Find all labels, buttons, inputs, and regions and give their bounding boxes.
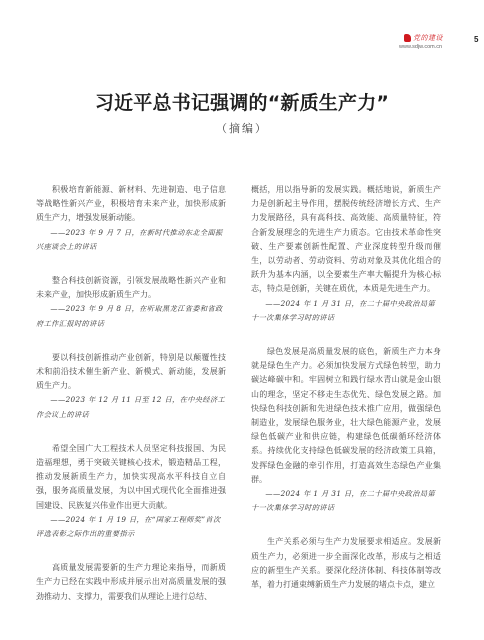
quote-text: 概括，用以指导新的发展实践。概括地说，新质生产力是创新起主导作用，摆脱传统经济增… bbox=[251, 183, 441, 297]
publication-logo: 党的建设 www.sdjw.com.cn bbox=[404, 33, 464, 55]
quote-text: 绿色发展是高质量发展的底色，新质生产力本身就是绿色生产力。必须加快发展方式绿色转… bbox=[251, 345, 441, 487]
quote-source: ——2023 年 9 月 7 日，在新时代推动东北全面振兴座谈会上的讲话 bbox=[36, 226, 226, 254]
quote-block: 高质量发展需要新的生产力理论来指导，而新质生产力已经在实践中形成并展示出对高质量… bbox=[36, 561, 226, 604]
quote-block: 绿色发展是高质量发展的底色，新质生产力本身就是绿色生产力。必须加快发展方式绿色转… bbox=[251, 345, 441, 515]
quote-source: ——2023 年 12 月 11 日至 12 日，在中央经济工作会议上的讲话 bbox=[36, 393, 226, 421]
quote-text: 高质量发展需要新的生产力理论来指导，而新质生产力已经在实践中形成并展示出对高质量… bbox=[36, 561, 226, 604]
quote-block: 要以科技创新推动产业创新，特别是以颠覆性技术和前沿技术催生新产业、新模式、新动能… bbox=[36, 351, 226, 422]
quote-text: 要以科技创新推动产业创新，特别是以颠覆性技术和前沿技术催生新产业、新模式、新动能… bbox=[36, 351, 226, 394]
quote-source: ——2023 年 9 月 8 日，在听取黑龙江省委和省政府工作汇报时的讲话 bbox=[36, 302, 226, 330]
quote-block: 积极培育新能源、新材料、先进制造、电子信息等战略性新兴产业，积极培育未来产业，加… bbox=[36, 183, 226, 254]
quote-source: ——2024 年 1 月 31 日，在二十届中央政治局第十一次集体学习时的讲话 bbox=[251, 297, 441, 325]
article-subtitle: （摘编） bbox=[0, 120, 484, 136]
logo-mark: 党的建设 bbox=[404, 33, 443, 43]
quote-block: 概括，用以指导新的发展实践。概括地说，新质生产力是创新起主导作用，摆脱传统经济增… bbox=[251, 183, 441, 325]
logo-text: 党的建设 bbox=[413, 33, 443, 43]
quote-source: ——2024 年 1 月 31 日，在二十届中央政治局第十一次集体学习时的讲话 bbox=[251, 487, 441, 515]
quote-text: 生产关系必须与生产力发展要求相适应。发展新质生产力，必须进一步全面深化改革，形成… bbox=[251, 535, 441, 592]
quote-block: 希望全国广大工程技术人员坚定科技报国、为民造福理想，勇于突破关键核心技术，锻造精… bbox=[36, 442, 226, 541]
logo-url: www.sdjw.com.cn bbox=[399, 44, 442, 50]
page-number: 5 bbox=[474, 35, 478, 44]
party-flag-icon bbox=[404, 34, 411, 42]
article-title: 习近平总书记强调的“新质生产力” bbox=[0, 88, 484, 115]
right-column: 概括，用以指导新的发展实践。概括地说，新质生产力是创新起主导作用，摆脱传统经济增… bbox=[251, 183, 441, 592]
left-column: 积极培育新能源、新材料、先进制造、电子信息等战略性新兴产业，积极培育未来产业，加… bbox=[36, 183, 226, 604]
quote-text: 整合科技创新资源，引领发展战略性新兴产业和未来产业，加快形成新质生产力。 bbox=[36, 274, 226, 302]
quote-source: ——2024 年 1 月 19 日，在“国家工程师奖”首次评选表彰之际作出的重要… bbox=[36, 513, 226, 541]
quote-block: 生产关系必须与生产力发展要求相适应。发展新质生产力，必须进一步全面深化改革，形成… bbox=[251, 535, 441, 592]
quote-text: 积极培育新能源、新材料、先进制造、电子信息等战略性新兴产业，积极培育未来产业，加… bbox=[36, 183, 226, 226]
quote-text: 希望全国广大工程技术人员坚定科技报国、为民造福理想，勇于突破关键核心技术，锻造精… bbox=[36, 442, 226, 513]
quote-block: 整合科技创新资源，引领发展战略性新兴产业和未来产业，加快形成新质生产力。 ——2… bbox=[36, 274, 226, 331]
